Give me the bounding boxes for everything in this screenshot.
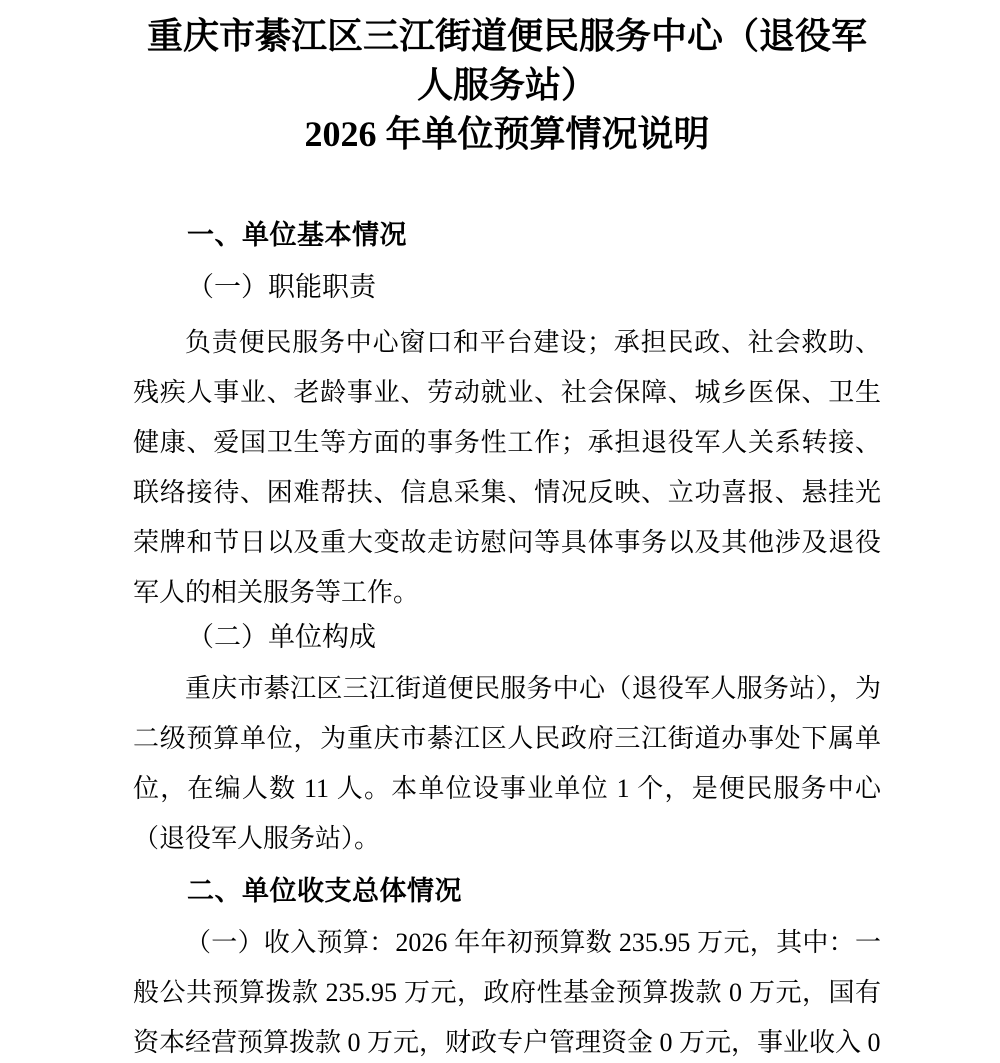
subsection-heading-duties: （一）职能职责 xyxy=(133,268,881,306)
document-page: { "page": { "background_color": "#ffffff… xyxy=(0,0,1000,1063)
paragraph-composition: 重庆市綦江区三江街道便民服务中心（退役军人服务站），为二级预算单位，为重庆市綦江… xyxy=(133,664,881,864)
document-title-line-1: 重庆市綦江区三江街道便民服务中心（退役军 xyxy=(133,12,881,61)
document-body: 重庆市綦江区三江街道便民服务中心（退役军 人服务站） 2026 年单位预算情况说… xyxy=(133,0,881,1063)
subsection-heading-composition: （二）单位构成 xyxy=(133,618,881,656)
paragraph-income-budget: （一）收入预算：2026 年年初预算数 235.95 万元，其中：一般公共预算拨… xyxy=(133,918,881,1063)
section-heading-budget-overview: 二、单位收支总体情况 xyxy=(133,872,881,910)
document-title-line-3: 2026 年单位预算情况说明 xyxy=(133,110,881,159)
document-title: 重庆市綦江区三江街道便民服务中心（退役军 人服务站） 2026 年单位预算情况说… xyxy=(133,12,881,159)
section-heading-basic-info: 一、单位基本情况 xyxy=(133,216,881,254)
paragraph-duties: 负责便民服务中心窗口和平台建设；承担民政、社会救助、残疾人事业、老龄事业、劳动就… xyxy=(133,318,881,618)
document-title-line-2: 人服务站） xyxy=(133,61,881,110)
